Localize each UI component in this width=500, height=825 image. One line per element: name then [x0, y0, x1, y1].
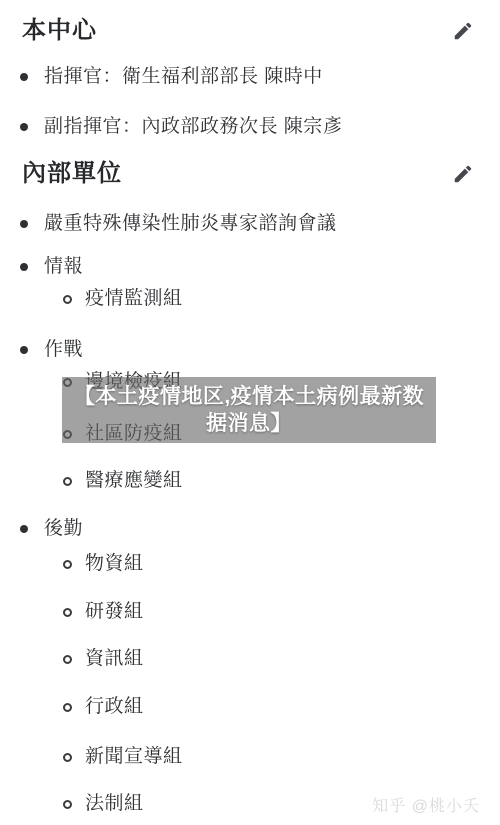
- list-item-label: 嚴重特殊傳染性肺炎專家諮詢會議: [44, 213, 337, 235]
- list-item-logistics: 後勤: [20, 518, 83, 540]
- list-item-commander: 指揮官：衛生福利部部長 陳時中: [20, 66, 323, 88]
- list-item-label: 副指揮官：內政部政務次長 陳宗彥: [44, 116, 342, 138]
- list-item-legal: 法制組: [63, 793, 144, 815]
- list-item-epidemic-monitoring: 疫情監測組: [63, 288, 183, 310]
- list-item-label: 指揮官：衛生福利部部長 陳時中: [44, 66, 323, 88]
- section-title: 本中心: [22, 17, 97, 45]
- list-item-medical-response: 醫療應變組: [63, 470, 183, 492]
- list-item-label: 後勤: [44, 518, 83, 540]
- hollow-circle-icon: [63, 477, 72, 486]
- overlay-text-line: 【本土疫情地区,疫情本土病例最新数: [62, 383, 436, 410]
- list-item-label: 法制組: [85, 793, 144, 815]
- list-item-label: 物資組: [85, 553, 144, 575]
- list-item-administration: 行政組: [63, 696, 144, 718]
- list-item-label: 疫情監測組: [85, 288, 183, 310]
- overlay-text-line: 据消息】: [62, 410, 436, 437]
- list-item-label: 作戰: [44, 339, 83, 361]
- list-item-label: 情報: [44, 256, 83, 278]
- filled-dot-icon: [20, 525, 28, 533]
- list-item-label: 研發組: [85, 601, 144, 623]
- list-item-information: 資訊組: [63, 648, 144, 670]
- filled-dot-icon: [20, 346, 28, 354]
- list-item-operations: 作戰: [20, 339, 83, 361]
- filled-dot-icon: [20, 263, 28, 271]
- filled-dot-icon: [20, 123, 28, 131]
- hollow-circle-icon: [63, 295, 72, 304]
- list-item-expert-meeting: 嚴重特殊傳染性肺炎專家諮詢會議: [20, 213, 337, 235]
- hollow-circle-icon: [63, 655, 72, 664]
- list-item-label: 行政組: [85, 696, 144, 718]
- list-item-label: 資訊組: [85, 648, 144, 670]
- section-title: 內部單位: [22, 160, 122, 188]
- overlay-banner: 【本土疫情地区,疫情本土病例最新数 据消息】: [62, 377, 436, 443]
- hollow-circle-icon: [63, 703, 72, 712]
- list-item-label: 新聞宣導組: [85, 746, 183, 768]
- hollow-circle-icon: [63, 753, 72, 762]
- edit-pencil-icon[interactable]: [452, 20, 474, 42]
- hollow-circle-icon: [63, 560, 72, 569]
- list-item-deputy-commander: 副指揮官：內政部政務次長 陳宗彥: [20, 116, 342, 138]
- list-item-label: 醫療應變組: [85, 470, 183, 492]
- section-header-本中心: 本中心: [22, 17, 474, 45]
- hollow-circle-icon: [63, 608, 72, 617]
- list-item-intelligence: 情報: [20, 256, 83, 278]
- list-item-research: 研發組: [63, 601, 144, 623]
- list-item-supplies: 物資組: [63, 553, 144, 575]
- filled-dot-icon: [20, 220, 28, 228]
- filled-dot-icon: [20, 73, 28, 81]
- watermark: 知乎 @桃小夭: [372, 793, 480, 816]
- hollow-circle-icon: [63, 800, 72, 809]
- section-header-內部單位: 內部單位: [22, 160, 474, 188]
- list-item-news-publicity: 新聞宣導組: [63, 746, 183, 768]
- edit-pencil-icon[interactable]: [452, 163, 474, 185]
- page: 本中心 指揮官：衛生福利部部長 陳時中 副指揮官：內政部政務次長 陳宗彥 內部單…: [0, 0, 500, 825]
